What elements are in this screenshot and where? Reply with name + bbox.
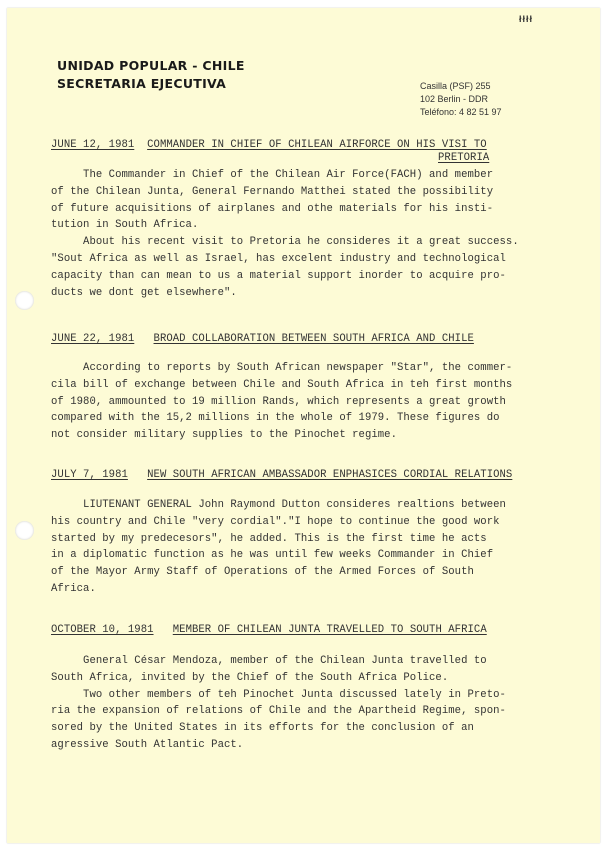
body-line: Africa. [51,581,506,598]
section-body: LIUTENANT GENERAL John Raymond Dutton co… [51,497,506,598]
section-heading-continued: PRETORIA [438,150,489,167]
address-city: 102 Berlin - DDR [420,93,502,106]
punch-hole [15,291,34,310]
section-heading: JUNE 22, 1981 BROAD COLLABORATION BETWEE… [51,331,474,348]
body-line: ria the expansion of relations of Chile … [51,703,506,720]
body-line: The Commander in Chief of the Chilean Ai… [51,167,519,184]
body-line: of 1980, ammounted to 19 million Rands, … [51,394,512,411]
body-line: LIUTENANT GENERAL John Raymond Dutton co… [51,497,506,514]
body-line: agressive South Atlantic Pact. [51,737,506,754]
section-title: COMMANDER IN CHIEF OF CHILEAN AIRFORCE O… [147,139,487,151]
body-line: of future acquisitions of airplanes and … [51,201,519,218]
body-line: his country and Chile "very cordial"."I … [51,514,506,531]
letterhead-address: Casilla (PSF) 255 102 Berlin - DDR Teléf… [420,80,502,119]
org-department: SECRETARIA EJECUTIVA [57,75,245,93]
org-name: UNIDAD POPULAR - CHILE [57,57,245,75]
section-body: The Commander in Chief of the Chilean Ai… [51,167,519,301]
body-line: South Africa, invited by the Chief of th… [51,670,506,687]
section-title: NEW SOUTH AFRICAN AMBASSADOR ENPHASICES … [147,469,512,481]
punch-hole [15,521,34,540]
section-title: BROAD COLLABORATION BETWEEN SOUTH AFRICA… [154,333,474,345]
section-heading: OCTOBER 10, 1981 MEMBER OF CHILEAN JUNTA… [51,622,487,639]
body-line: not consider military supplies to the Pi… [51,427,512,444]
body-line: of the Mayor Army Staff of Operations of… [51,564,506,581]
address-phone: Teléfono: 4 82 51 97 [420,106,502,119]
body-line: started by my predecesors", he added. Th… [51,531,506,548]
body-line: ducts we dont get elsewhere". [51,285,519,302]
section-date: OCTOBER 10, 1981 [51,624,154,636]
section-title-line2: PRETORIA [438,152,489,164]
page-marks: łłłł [519,14,533,24]
body-line: of the Chilean Junta, General Fernando M… [51,184,519,201]
body-line: compared with the 15,2 millions in the w… [51,410,512,427]
address-postbox: Casilla (PSF) 255 [420,80,502,93]
body-line: "Sout Africa as well as Israel, has exce… [51,251,519,268]
body-line: tution in South Africa. [51,217,519,234]
section-title: MEMBER OF CHILEAN JUNTA TRAVELLED TO SOU… [173,624,487,636]
section-date: JULY 7, 1981 [51,469,128,481]
section-heading: JULY 7, 1981 NEW SOUTH AFRICAN AMBASSADO… [51,467,512,484]
body-line: About his recent visit to Pretoria he co… [51,234,519,251]
body-line: sored by the United States in its effort… [51,720,506,737]
section-heading: JUNE 12, 1981 COMMANDER IN CHIEF OF CHIL… [51,137,487,154]
section-date: JUNE 12, 1981 [51,139,134,151]
body-line: capacity than can mean to us a material … [51,268,519,285]
section-body: General César Mendoza, member of the Chi… [51,653,506,754]
body-line: in a diplomatic function as he was until… [51,547,506,564]
body-line: Two other members of teh Pinochet Junta … [51,687,506,704]
letterhead-organization: UNIDAD POPULAR - CHILE SECRETARIA EJECUT… [57,57,245,93]
section-body: According to reports by South African ne… [51,360,512,444]
section-date: JUNE 22, 1981 [51,333,134,345]
body-line: According to reports by South African ne… [51,360,512,377]
body-line: General César Mendoza, member of the Chi… [51,653,506,670]
body-line: cila bill of exchange between Chile and … [51,377,512,394]
